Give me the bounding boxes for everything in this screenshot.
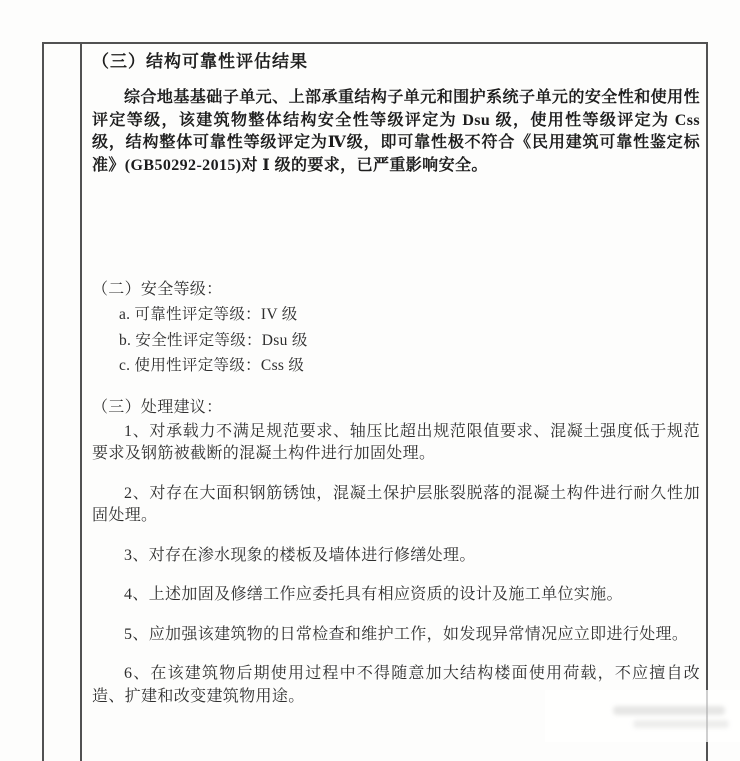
watermark-smudge [613, 706, 725, 715]
watermark-smudge [633, 720, 729, 728]
advice-item-2: 2、对存在大面积钢筋锈蚀，混凝土保护层胀裂脱落的混凝土构件进行耐久性加固处理。 [92, 483, 700, 528]
table-cell-content: （三）结构可靠性评估结果 综合地基基础子单元、上部承重结构子单元和围护系统子单元… [92, 44, 700, 708]
grade-item-safety: b. 安全性评定等级：Dsu 级 [92, 329, 700, 353]
table-label-column-rule [80, 42, 82, 761]
section-heading-treatment-advice: （三）处理建议： [92, 396, 700, 419]
scanned-report-page: （三）结构可靠性评估结果 综合地基基础子单元、上部承重结构子单元和围护系统子单元… [0, 0, 740, 761]
reliability-result-paragraph: 综合地基基础子单元、上部承重结构子单元和围护系统子单元的安全性和使用性评定等级，… [92, 87, 700, 177]
advice-item-3: 3、对存在渗水现象的楼板及墙体进行修缮处理。 [92, 545, 700, 568]
grade-item-reliability: a. 可靠性评定等级：IV 级 [92, 303, 700, 327]
advice-item-5: 5、应加强该建筑物的日常检查和维护工作，如发现异常情况应立即进行处理。 [92, 624, 700, 647]
advice-item-1: 1、对承载力不满足规范要求、轴压比超出规范限值要求、混凝土强度低于规范要求及钢筋… [92, 421, 700, 466]
section-title-reliability-result: （三）结构可靠性评估结果 [92, 50, 700, 74]
section-heading-safety-grade: （二）安全等级： [92, 278, 700, 301]
erased-watermark-remnant [545, 690, 740, 742]
grade-item-serviceability: c. 使用性评定等级：Css 级 [92, 354, 700, 378]
advice-item-4: 4、上述加固及修缮工作应委托具有相应资质的设计及施工单位实施。 [92, 584, 700, 607]
